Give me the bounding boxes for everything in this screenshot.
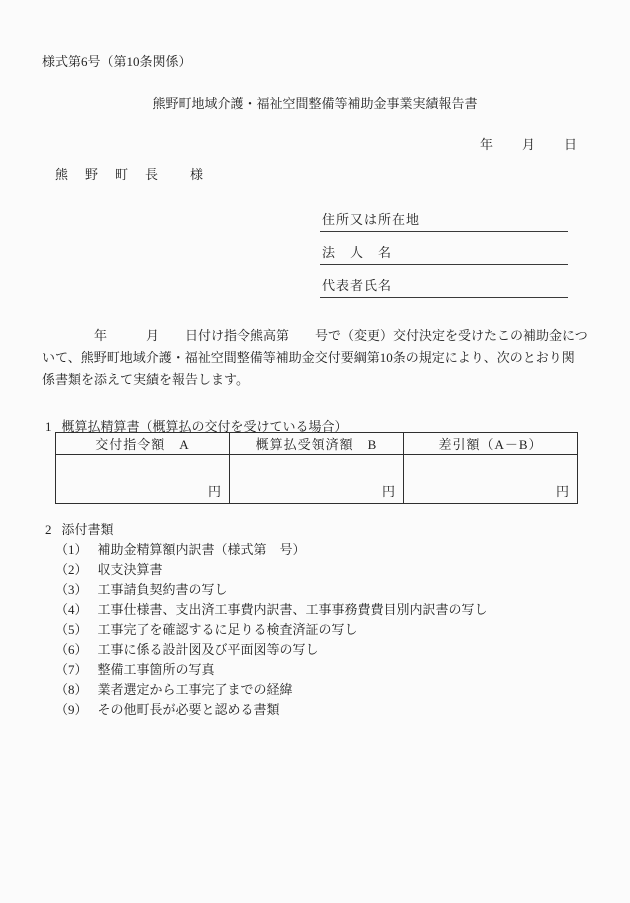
amount-cell-difference: 円	[404, 455, 578, 504]
field-address: 住所又は所在地	[320, 209, 568, 232]
item-number: （2）	[55, 562, 88, 577]
item-number: （3）	[55, 582, 88, 597]
field-representative-name: 代表者氏名	[320, 275, 568, 298]
settlement-table: 交付指令額 A 概算払受領済額 B 差引額（A－B） 円 円 円	[55, 432, 578, 504]
header-cell-difference: 差引額（A－B）	[404, 433, 578, 455]
document-page: 様式第6号（第10条関係） 熊野町地域介護・福祉空間整備等補助金事業実績報告書 …	[0, 0, 630, 903]
attachment-item: （7）整備工事箇所の写真	[55, 660, 488, 680]
item-number: （5）	[55, 622, 88, 637]
declaration-line: 係書類を添えて実績を報告します。	[42, 369, 588, 391]
attachment-item: （9）その他町長が必要と認める書類	[55, 700, 488, 720]
item-text: 業者選定から工事完了までの経緯	[98, 682, 293, 697]
header-cell-ordered-amount: 交付指令額 A	[56, 433, 230, 455]
declaration-line: 年 月 日付け指令熊高第 号で（変更）交付決定を受けたこの補助金につ	[42, 325, 588, 347]
addressee-label: 熊 野 町 長 様	[55, 164, 205, 183]
attachment-item: （2）収支決算書	[55, 560, 488, 580]
item-text: 工事請負契約書の写し	[98, 582, 228, 597]
section1-number: 1	[45, 419, 52, 434]
field-address-label: 住所又は所在地	[322, 212, 420, 227]
yen-unit-label: 円	[382, 484, 395, 499]
section2-heading: 2添付書類	[45, 519, 114, 538]
attachment-item: （8）業者選定から工事完了までの経緯	[55, 680, 488, 700]
field-representative-name-label: 代表者氏名	[322, 278, 392, 293]
yen-unit-label: 円	[208, 484, 221, 499]
declaration-paragraph: 年 月 日付け指令熊高第 号で（変更）交付決定を受けたこの補助金につ いて、熊野…	[42, 325, 588, 391]
item-text: 工事仕様書、支出済工事費内訳書、工事事務費費目別内訳書の写し	[98, 602, 488, 617]
attachment-item: （6）工事に係る設計図及び平面図等の写し	[55, 640, 488, 660]
item-number: （9）	[55, 702, 88, 717]
item-text: その他町長が必要と認める書類	[98, 702, 280, 717]
yen-unit-label: 円	[556, 484, 569, 499]
settlement-table-header-row: 交付指令額 A 概算払受領済額 B 差引額（A－B）	[56, 433, 578, 455]
item-text: 収支決算書	[98, 562, 163, 577]
amount-cell-received: 円	[230, 455, 404, 504]
item-number: （6）	[55, 642, 88, 657]
amount-cell-ordered: 円	[56, 455, 230, 504]
item-text: 補助金精算額内訳書（様式第 号）	[98, 542, 306, 557]
item-number: （7）	[55, 662, 88, 677]
field-corporate-name: 法 人 名	[320, 242, 568, 265]
item-text: 工事完了を確認するに足りる検査済証の写し	[98, 622, 358, 637]
item-number: （4）	[55, 602, 88, 617]
header-cell-received-amount: 概算払受領済額 B	[230, 433, 404, 455]
declaration-line: いて、熊野町地域介護・福祉空間整備等補助金交付要綱第10条の規定により、次のとお…	[42, 347, 588, 369]
attachment-item: （1）補助金精算額内訳書（様式第 号）	[55, 540, 488, 560]
attachment-item: （4）工事仕様書、支出済工事費内訳書、工事事務費費目別内訳書の写し	[55, 600, 488, 620]
attachment-item: （5）工事完了を確認するに足りる検査済証の写し	[55, 620, 488, 640]
attachment-list: （1）補助金精算額内訳書（様式第 号） （2）収支決算書 （3）工事請負契約書の…	[55, 540, 488, 720]
form-number-label: 様式第6号（第10条関係）	[42, 51, 192, 70]
attachment-item: （3）工事請負契約書の写し	[55, 580, 488, 600]
item-number: （1）	[55, 542, 88, 557]
date-blank-line: 年 月 日	[480, 134, 578, 153]
item-text: 工事に係る設計図及び平面図等の写し	[98, 642, 319, 657]
section2-number: 2	[45, 522, 52, 537]
field-corporate-name-label: 法 人 名	[322, 245, 392, 260]
settlement-table-value-row: 円 円 円	[56, 455, 578, 504]
item-number: （8）	[55, 682, 88, 697]
section2-title: 添付書類	[62, 522, 114, 537]
document-title: 熊野町地域介護・福祉空間整備等補助金事業実績報告書	[0, 93, 630, 112]
item-text: 整備工事箇所の写真	[98, 662, 215, 677]
